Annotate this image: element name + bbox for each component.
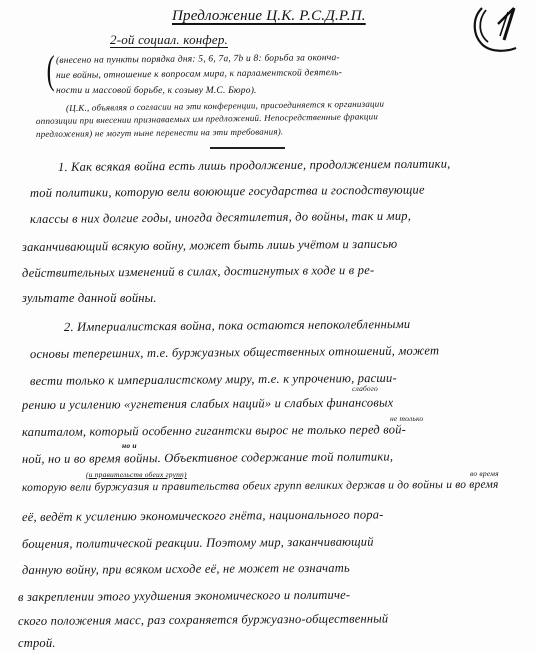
section-divider: [210, 147, 285, 149]
paragraph-2-line: данную войну, при всяком исходе её, не м…: [22, 561, 350, 578]
inline-insertion: во время: [470, 469, 499, 478]
inline-insertion: но и: [122, 441, 137, 450]
preamble-line: ние войны, отношение к вопросам мира, к …: [56, 68, 342, 81]
preamble-line: ности и массовой борьбе, к созыву М.С. Б…: [56, 86, 257, 96]
paragraph-2-line: капиталом, который особенно гигантски вы…: [22, 422, 406, 440]
document-subtitle: 2-ой социал. конфер.: [110, 32, 228, 48]
page-number-mark: [468, 2, 524, 54]
preamble-line: (внесено на пункты порядка дня: 5, 6, 7а…: [56, 53, 340, 66]
paragraph-2-line: ной, но и во время войны. Объективное со…: [22, 449, 393, 467]
preamble-bracket: (: [47, 46, 55, 93]
paragraph-2-line: рению и усилению «угнетения слабых наций…: [22, 395, 393, 413]
paragraph-2-line: 2. Империалистская война, пока остаются …: [64, 317, 410, 335]
paragraph-2-line: бощения, политической реакции. Поэтому м…: [22, 535, 374, 552]
inline-insertion: слабого: [352, 384, 378, 393]
paragraph-2-line: основы теперешних, т.е. буржуазных общес…: [30, 343, 439, 362]
inline-insertion: (и правительств обеих групп): [86, 470, 187, 479]
paragraph-2-line: которую вели буржуазия и правительства о…: [22, 479, 499, 494]
paragraph-1-line: классы в них долгие годы, иногда десятил…: [30, 209, 411, 227]
document-title: Предложение Ц.К. Р.С.Д.Р.П.: [172, 8, 366, 25]
manuscript-page: 1 Предложение Ц.К. Р.С.Д.Р.П. 2-ой социа…: [0, 0, 535, 654]
preamble-line: оппозиции при внесении признаваемых им п…: [36, 111, 378, 126]
paragraph-1-line: 1. Как всякая война есть лишь продолжени…: [58, 157, 451, 175]
paragraph-1-line: той политики, которую вели воюющие госуд…: [30, 183, 425, 201]
paragraph-1-line: зультате данной войны.: [22, 291, 157, 306]
paragraph-2-line: вести только к империалистскому миру, т.…: [30, 371, 397, 389]
paragraph-1-line: действительных изменений в силах, достиг…: [22, 263, 374, 281]
paragraph-2-line: в закреплении этого ухудшения экономичес…: [18, 588, 350, 605]
paragraph-1-line: заканчивающий всякую войну, может быть л…: [22, 237, 397, 255]
paragraph-2-line: строй.: [18, 636, 56, 651]
paragraph-2-line: её, ведёт к усилению экономического гнёт…: [22, 507, 384, 525]
paragraph-2-line: ского положения масс, раз сохраняется бу…: [18, 611, 388, 629]
preamble-line: предложения) не могут ныне перенести на …: [36, 126, 283, 139]
